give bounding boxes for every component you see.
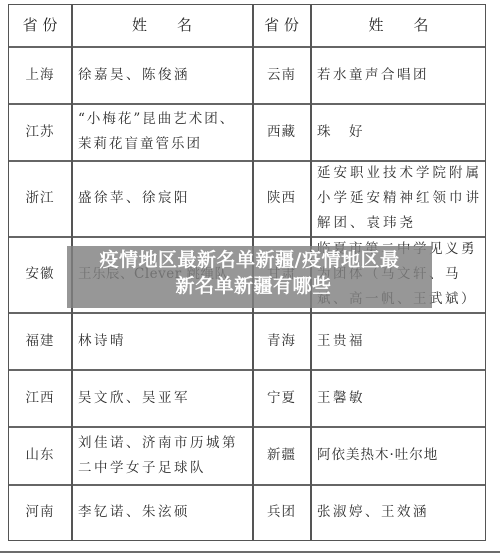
name-cell: 徐嘉昊、陈俊涵 bbox=[72, 47, 252, 103]
overlay-title: 疫情地区最新名单新疆/疫情地区最 新名单新疆有哪些 bbox=[67, 247, 432, 299]
name-cell: 李钇诺、朱泫硕 bbox=[72, 485, 252, 540]
name-cell: “小梅花”昆曲艺术团、茉莉花盲童管乐团 bbox=[72, 104, 252, 160]
province-cell: 西藏 bbox=[253, 104, 310, 160]
header-province-right: 省 份 bbox=[253, 5, 310, 46]
province-cell: 兵团 bbox=[253, 485, 310, 540]
province-cell: 云南 bbox=[253, 47, 310, 103]
name-cell: 刘佳诺、济南市历城第二中学女子足球队 bbox=[72, 427, 252, 484]
outer-frame-line bbox=[0, 551, 500, 553]
province-cell: 山东 bbox=[9, 427, 71, 484]
name-cell: 珠 好 bbox=[311, 104, 486, 160]
province-cell: 上海 bbox=[9, 47, 71, 103]
header-name-left: 姓 名 bbox=[72, 5, 252, 46]
name-cell: 张淑婷、王效涵 bbox=[311, 485, 486, 540]
name-cell: 阿依美热木·吐尔地 bbox=[311, 427, 486, 484]
name-cell: 林诗晴 bbox=[72, 313, 252, 369]
header-name-right: 姓 名 bbox=[311, 5, 486, 46]
overlay-title-line-1: 疫情地区最新名单新疆/疫情地区最 bbox=[67, 247, 432, 273]
name-cell: 盛徐苹、徐宸阳 bbox=[72, 161, 252, 236]
province-cell: 江苏 bbox=[9, 104, 71, 160]
name-cell: 王贵福 bbox=[311, 313, 486, 369]
province-cell: 福建 bbox=[9, 313, 71, 369]
province-cell: 江西 bbox=[9, 370, 71, 426]
province-cell: 新疆 bbox=[253, 427, 310, 484]
name-cell: 王馨敏 bbox=[311, 370, 486, 426]
name-cell: 若水童声合唱团 bbox=[311, 47, 486, 103]
province-cell: 宁夏 bbox=[253, 370, 310, 426]
name-cell: 延安职业技术学院附属小学延安精神红领巾讲解团、袁玮尧 bbox=[311, 161, 486, 236]
province-cell: 青海 bbox=[253, 313, 310, 369]
province-cell: 浙江 bbox=[9, 161, 71, 236]
province-cell: 陕西 bbox=[253, 161, 310, 236]
province-cell: 安徽 bbox=[9, 237, 71, 312]
name-cell: 吴文欣、吴亚军 bbox=[72, 370, 252, 426]
header-province-left: 省 份 bbox=[9, 5, 71, 46]
province-cell: 河南 bbox=[9, 485, 71, 540]
overlay-title-line-2: 新名单新疆有哪些 bbox=[67, 273, 432, 299]
